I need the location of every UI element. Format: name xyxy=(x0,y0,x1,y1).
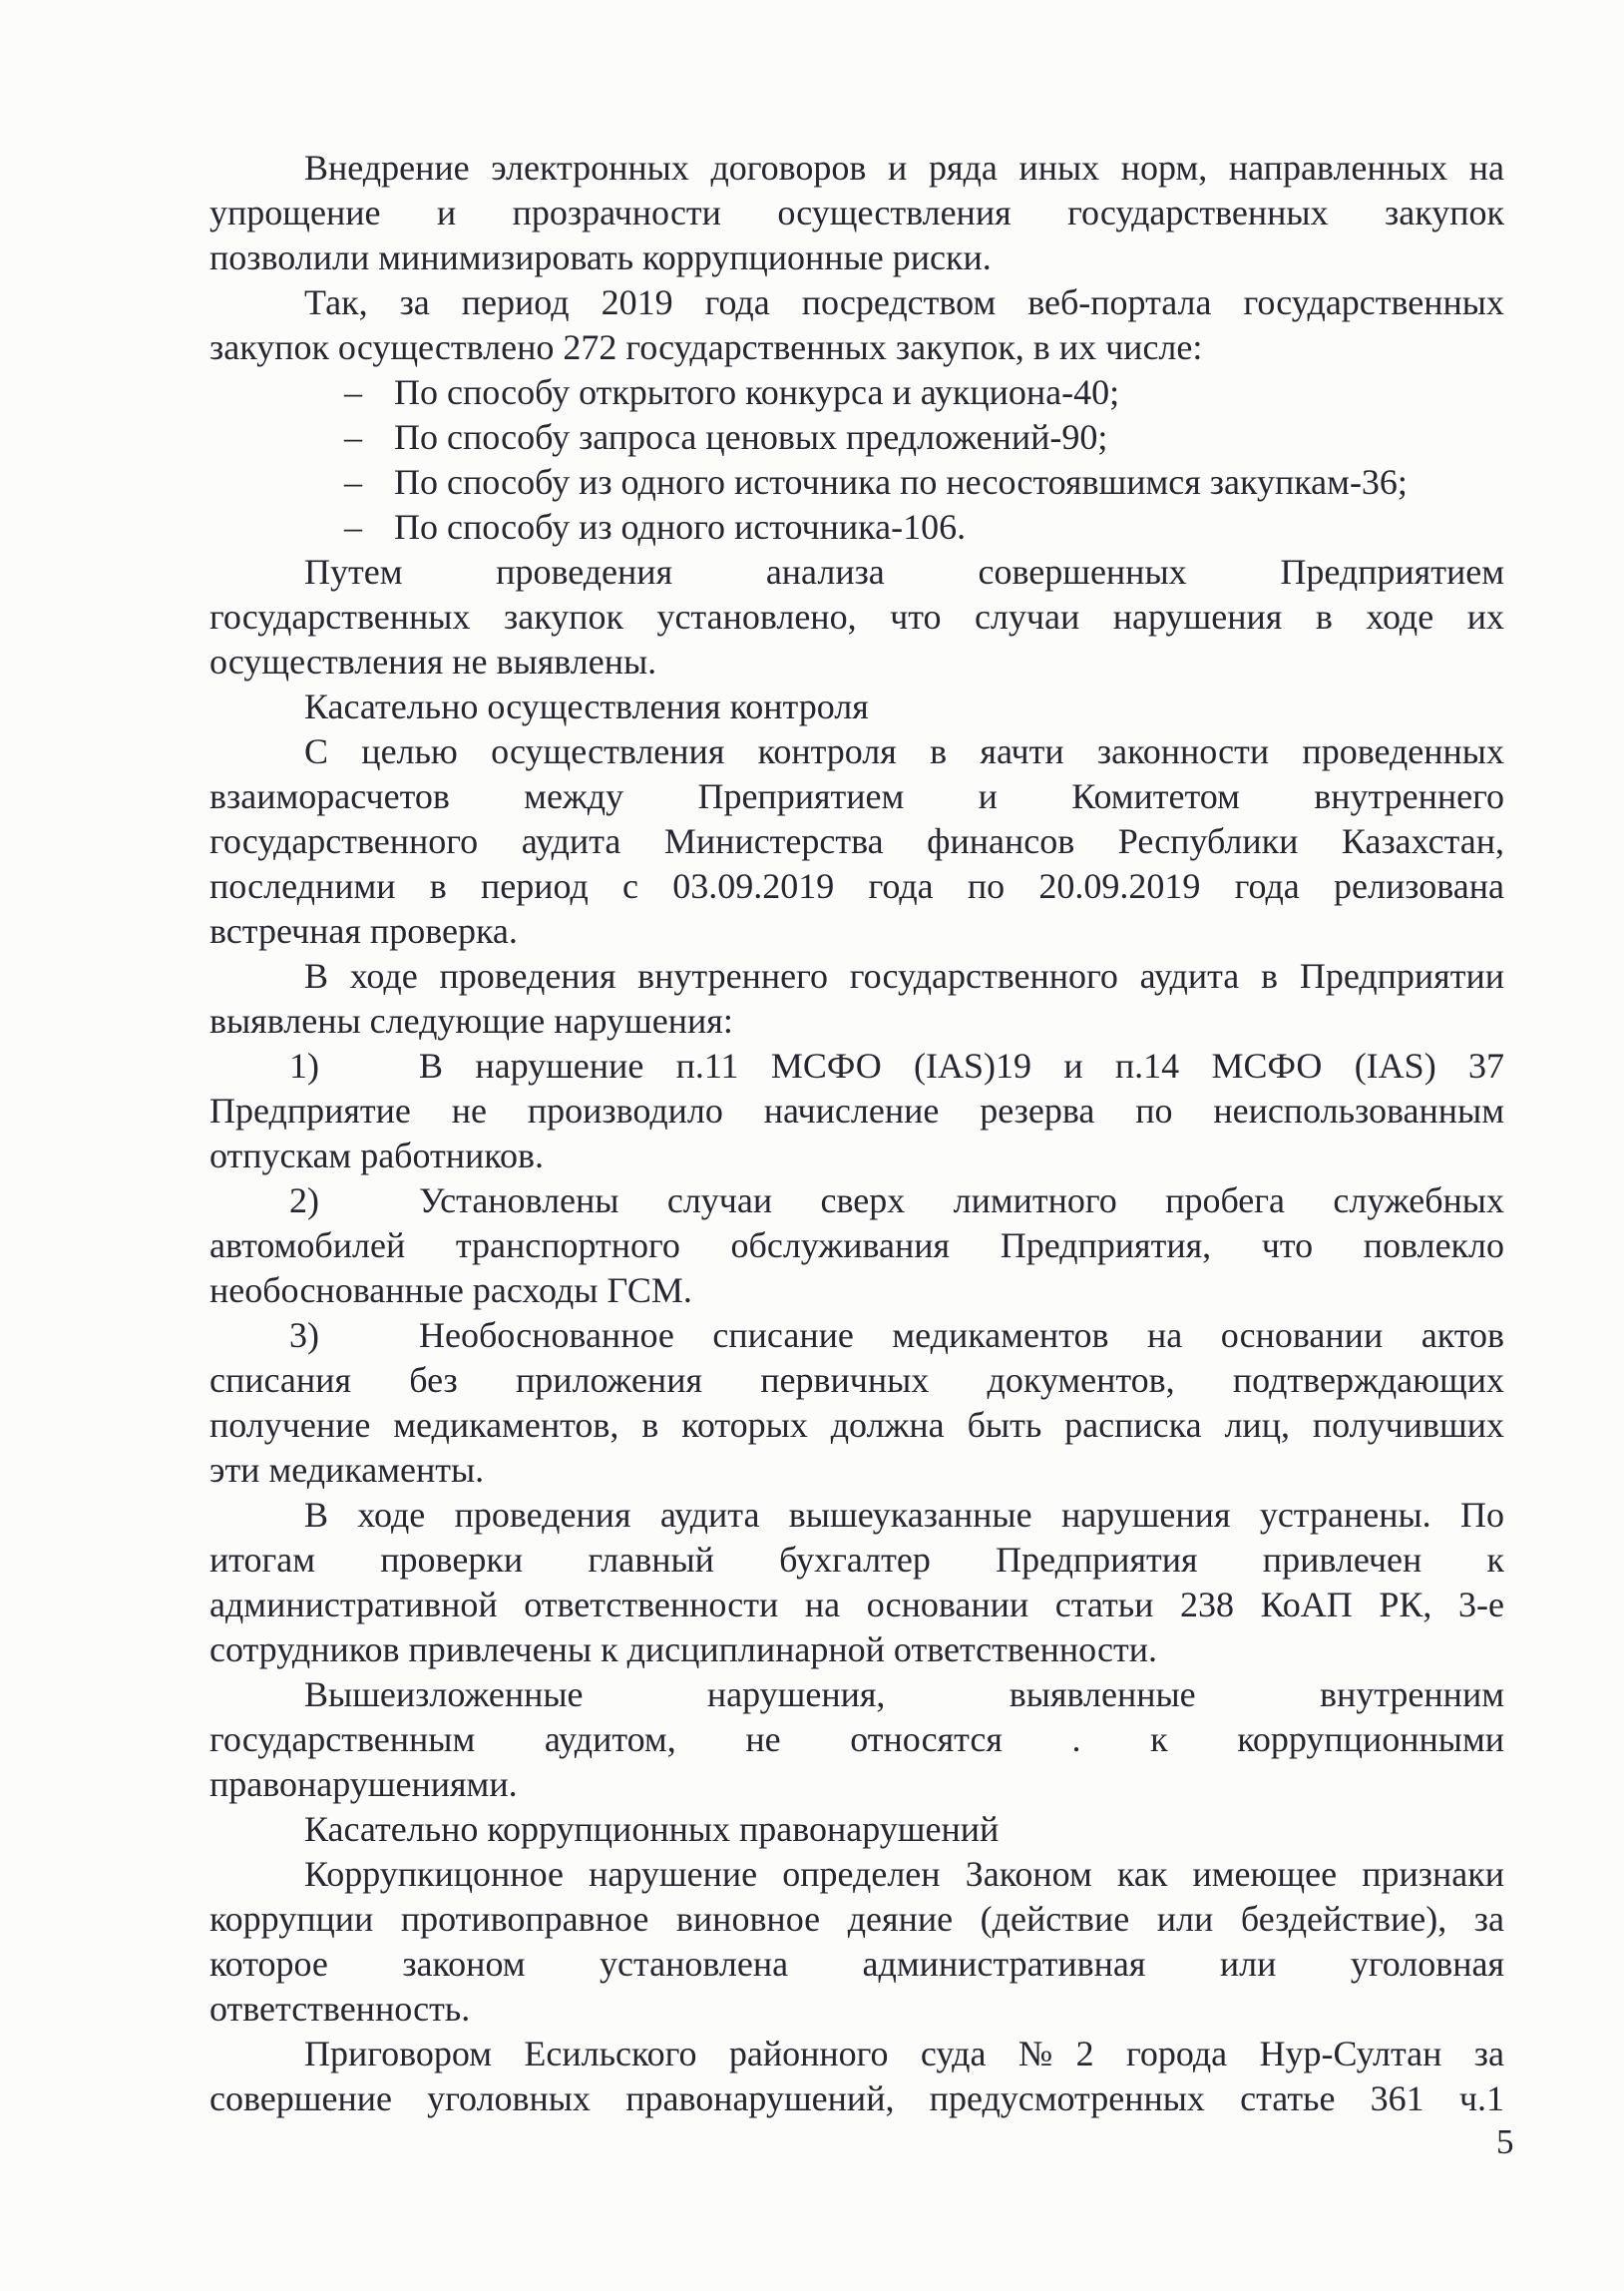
list-dash-marker: – xyxy=(344,370,394,415)
text-run: сотрудников привлечены к дисциплинарной … xyxy=(209,1629,1157,1669)
paragraph-line: Коррупкицонное нарушение определен Закон… xyxy=(209,1852,1504,1897)
paragraph-line: Вышеизложенные нарушения, выявленные вну… xyxy=(209,1672,1504,1717)
numbered-line: 3)Необоснованное списание медикаментов н… xyxy=(209,1313,1504,1358)
text-run: государственным аудитом, не относятся . … xyxy=(209,1719,1504,1759)
item-number: 3) xyxy=(289,1313,419,1358)
list-item-line: –По способу из одного источника по несос… xyxy=(209,460,1504,505)
text-run: В нарушение п.11 МСФО (IAS)19 и п.14 МСФ… xyxy=(419,1046,1504,1086)
paragraph-line: государственным аудитом, не относятся . … xyxy=(209,1717,1504,1762)
list-item: –По способу из одного источника-106. xyxy=(209,505,1504,550)
paragraph-line: Путем проведения анализа совершенных Пре… xyxy=(209,550,1504,595)
list-item-line: –По способу запроса ценовых предложений-… xyxy=(209,415,1504,460)
paragraph-line: упрощение и прозрачности осуществления г… xyxy=(209,191,1504,235)
text-run: коррупции противоправное виновное деяние… xyxy=(209,1899,1504,1939)
paragraph: С целью осуществления контроля в яачти з… xyxy=(209,729,1504,954)
document-body: Внедрение электронных договоров и ряда и… xyxy=(209,146,1504,2121)
text-run: упрощение и прозрачности осуществления г… xyxy=(209,193,1504,232)
text-run: автомобилей транспортного обслуживания П… xyxy=(209,1225,1504,1265)
text-run: Путем проведения анализа совершенных Пре… xyxy=(304,552,1504,592)
text-run: С целью осуществления контроля в яачти з… xyxy=(304,731,1504,771)
text-run: совершение уголовных правонарушений, пре… xyxy=(209,2078,1504,2118)
paragraph: Вышеизложенные нарушения, выявленные вну… xyxy=(209,1672,1504,1807)
list-dash-marker: – xyxy=(344,415,394,460)
numbered-line: эти медикаменты. xyxy=(209,1448,1504,1493)
numbered-item: 1)В нарушение п.11 МСФО (IAS)19 и п.14 М… xyxy=(209,1044,1504,1178)
text-run: итогам проверки главный бухгалтер Предпр… xyxy=(209,1540,1504,1580)
heading-line: Касательно коррупционных правонарушений xyxy=(209,1807,1504,1852)
text-run: встречная проверка. xyxy=(209,911,518,951)
list-item: –По способу запроса ценовых предложений-… xyxy=(209,415,1504,460)
paragraph-line: Внедрение электронных договоров и ряда и… xyxy=(209,146,1504,191)
text-run: Установлены случаи сверх лимитного пробе… xyxy=(419,1180,1504,1220)
text-run: Внедрение электронных договоров и ряда и… xyxy=(304,148,1504,188)
paragraph-line: осуществления не выявлены. xyxy=(209,640,1504,685)
numbered-line: 2)Установлены случаи сверх лимитного про… xyxy=(209,1178,1504,1223)
list-dash-marker: – xyxy=(344,505,394,550)
text-run: правонарушениями. xyxy=(209,1764,518,1804)
text-run: Касательно осуществления контроля xyxy=(304,685,875,729)
text-run: Так, за период 2019 года посредством веб… xyxy=(304,282,1504,322)
text-run: государственного аудита Министерства фин… xyxy=(209,821,1504,861)
text-run: Необоснованное списание медикаментов на … xyxy=(419,1315,1504,1355)
paragraph: Внедрение электронных договоров и ряда и… xyxy=(209,146,1504,280)
paragraph-line: государственного аудита Министерства фин… xyxy=(209,819,1504,864)
paragraph-line: итогам проверки главный бухгалтер Предпр… xyxy=(209,1538,1504,1583)
text-run: Приговором Есильского районного суда №2 … xyxy=(304,2034,1504,2073)
list-item-line: –По способу из одного источника-106. xyxy=(209,505,1504,550)
paragraph-line: последними в период с 03.09.2019 года по… xyxy=(209,864,1504,909)
paragraph-line: закупок осуществлено 272 государственных… xyxy=(209,325,1504,370)
text-run: позволили минимизировать коррупционные р… xyxy=(209,237,992,277)
text-run: которое законом установлена администрати… xyxy=(209,1944,1504,1984)
numbered-line: необоснованные расходы ГСМ. xyxy=(209,1268,1504,1313)
page-number: 5 xyxy=(1496,2121,1514,2163)
list-item: –По способу из одного источника по несос… xyxy=(209,460,1504,505)
text-run: государственных закупок установлено, что… xyxy=(209,597,1504,637)
paragraph-line: ответственность. xyxy=(209,1987,1504,2032)
text-run: По способу из одного источника по несост… xyxy=(394,462,1408,502)
heading: Касательно осуществления контроля xyxy=(209,685,1504,729)
paragraph-line: С целью осуществления контроля в яачти з… xyxy=(209,729,1504,774)
paragraph-line: встречная проверка. xyxy=(209,909,1504,954)
text-run: В ходе проведения аудита вышеуказанные н… xyxy=(304,1495,1504,1535)
text-run: последними в период с 03.09.2019 года по… xyxy=(209,866,1504,906)
text-run: ответственность. xyxy=(209,1989,470,2029)
numbered-line: автомобилей транспортного обслуживания П… xyxy=(209,1223,1504,1268)
paragraph-line: выявлены следующие нарушения: xyxy=(209,999,1504,1044)
text-run: взаиморасчетов между Преприятием и Комит… xyxy=(209,776,1504,816)
list-dash-marker: – xyxy=(344,460,394,505)
text-run: необоснованные расходы ГСМ. xyxy=(209,1270,692,1310)
text-run: По способу запроса ценовых предложений-9… xyxy=(394,417,1107,457)
numbered-line: списания без приложения первичных докуме… xyxy=(209,1358,1504,1403)
paragraph-line: совершение уголовных правонарушений, пре… xyxy=(209,2076,1504,2121)
paragraph: В ходе проведения внутреннего государств… xyxy=(209,954,1504,1044)
text-run: Вышеизложенные нарушения, выявленные вну… xyxy=(304,1674,1504,1714)
paragraph-line: государственных закупок установлено, что… xyxy=(209,595,1504,640)
heading-line: Касательно осуществления контроля xyxy=(209,685,1504,729)
text-run: получение медикаментов, в которых должна… xyxy=(209,1405,1504,1445)
paragraph-line: позволили минимизировать коррупционные р… xyxy=(209,235,1504,280)
paragraph-line: В ходе проведения внутреннего государств… xyxy=(209,954,1504,999)
numbered-line: получение медикаментов, в которых должна… xyxy=(209,1403,1504,1448)
paragraph-line: правонарушениями. xyxy=(209,1762,1504,1807)
text-run: По способу из одного источника-106. xyxy=(394,507,966,547)
text-run: списания без приложения первичных докуме… xyxy=(209,1360,1504,1400)
heading: Касательно коррупционных правонарушений xyxy=(209,1807,1504,1852)
text-run: отпускам работников. xyxy=(209,1136,544,1175)
paragraph: Так, за период 2019 года посредством веб… xyxy=(209,280,1504,370)
text-run: Касательно коррупционных правонарушений xyxy=(304,1807,1005,1852)
paragraph-line: административной ответственности на осно… xyxy=(209,1583,1504,1627)
paragraph-line: сотрудников привлечены к дисциплинарной … xyxy=(209,1627,1504,1672)
numbered-line: 1)В нарушение п.11 МСФО (IAS)19 и п.14 М… xyxy=(209,1044,1504,1089)
numbered-item: 2)Установлены случаи сверх лимитного про… xyxy=(209,1178,1504,1313)
paragraph: В ходе проведения аудита вышеуказанные н… xyxy=(209,1493,1504,1672)
scanned-document-page: Внедрение электронных договоров и ряда и… xyxy=(0,0,1624,2291)
paragraph: Путем проведения анализа совершенных Пре… xyxy=(209,550,1504,685)
item-number: 2) xyxy=(289,1178,419,1223)
numbered-item: 3)Необоснованное списание медикаментов н… xyxy=(209,1313,1504,1493)
text-run: Коррупкицонное нарушение определен Закон… xyxy=(304,1854,1504,1894)
paragraph-line: Приговором Есильского районного суда №2 … xyxy=(209,2032,1504,2076)
paragraph-line: коррупции противоправное виновное деяние… xyxy=(209,1897,1504,1942)
numbered-line: Предприятие не производило начисление ре… xyxy=(209,1089,1504,1134)
text-run: Предприятие не производило начисление ре… xyxy=(209,1091,1504,1131)
text-run: По способу открытого конкурса и аукциона… xyxy=(394,372,1119,412)
paragraph-line: Так, за период 2019 года посредством веб… xyxy=(209,280,1504,325)
list-item-line: –По способу открытого конкурса и аукцион… xyxy=(209,370,1504,415)
text-run: эти медикаменты. xyxy=(209,1450,484,1490)
text-run: В ходе проведения внутреннего государств… xyxy=(304,956,1504,996)
text-run: закупок осуществлено 272 государственных… xyxy=(209,327,1202,367)
paragraph-line: взаиморасчетов между Преприятием и Комит… xyxy=(209,774,1504,819)
text-run: выявлены следующие нарушения: xyxy=(209,1001,733,1041)
paragraph-line: которое законом установлена администрати… xyxy=(209,1942,1504,1987)
numbered-line: отпускам работников. xyxy=(209,1134,1504,1178)
item-number: 1) xyxy=(289,1044,419,1089)
list-item: –По способу открытого конкурса и аукцион… xyxy=(209,370,1504,415)
text-run: административной ответственности на осно… xyxy=(209,1585,1504,1624)
paragraph: Приговором Есильского районного суда №2 … xyxy=(209,2032,1504,2121)
paragraph-line: В ходе проведения аудита вышеуказанные н… xyxy=(209,1493,1504,1538)
text-run: осуществления не выявлены. xyxy=(209,642,656,682)
paragraph: Коррупкицонное нарушение определен Закон… xyxy=(209,1852,1504,2032)
